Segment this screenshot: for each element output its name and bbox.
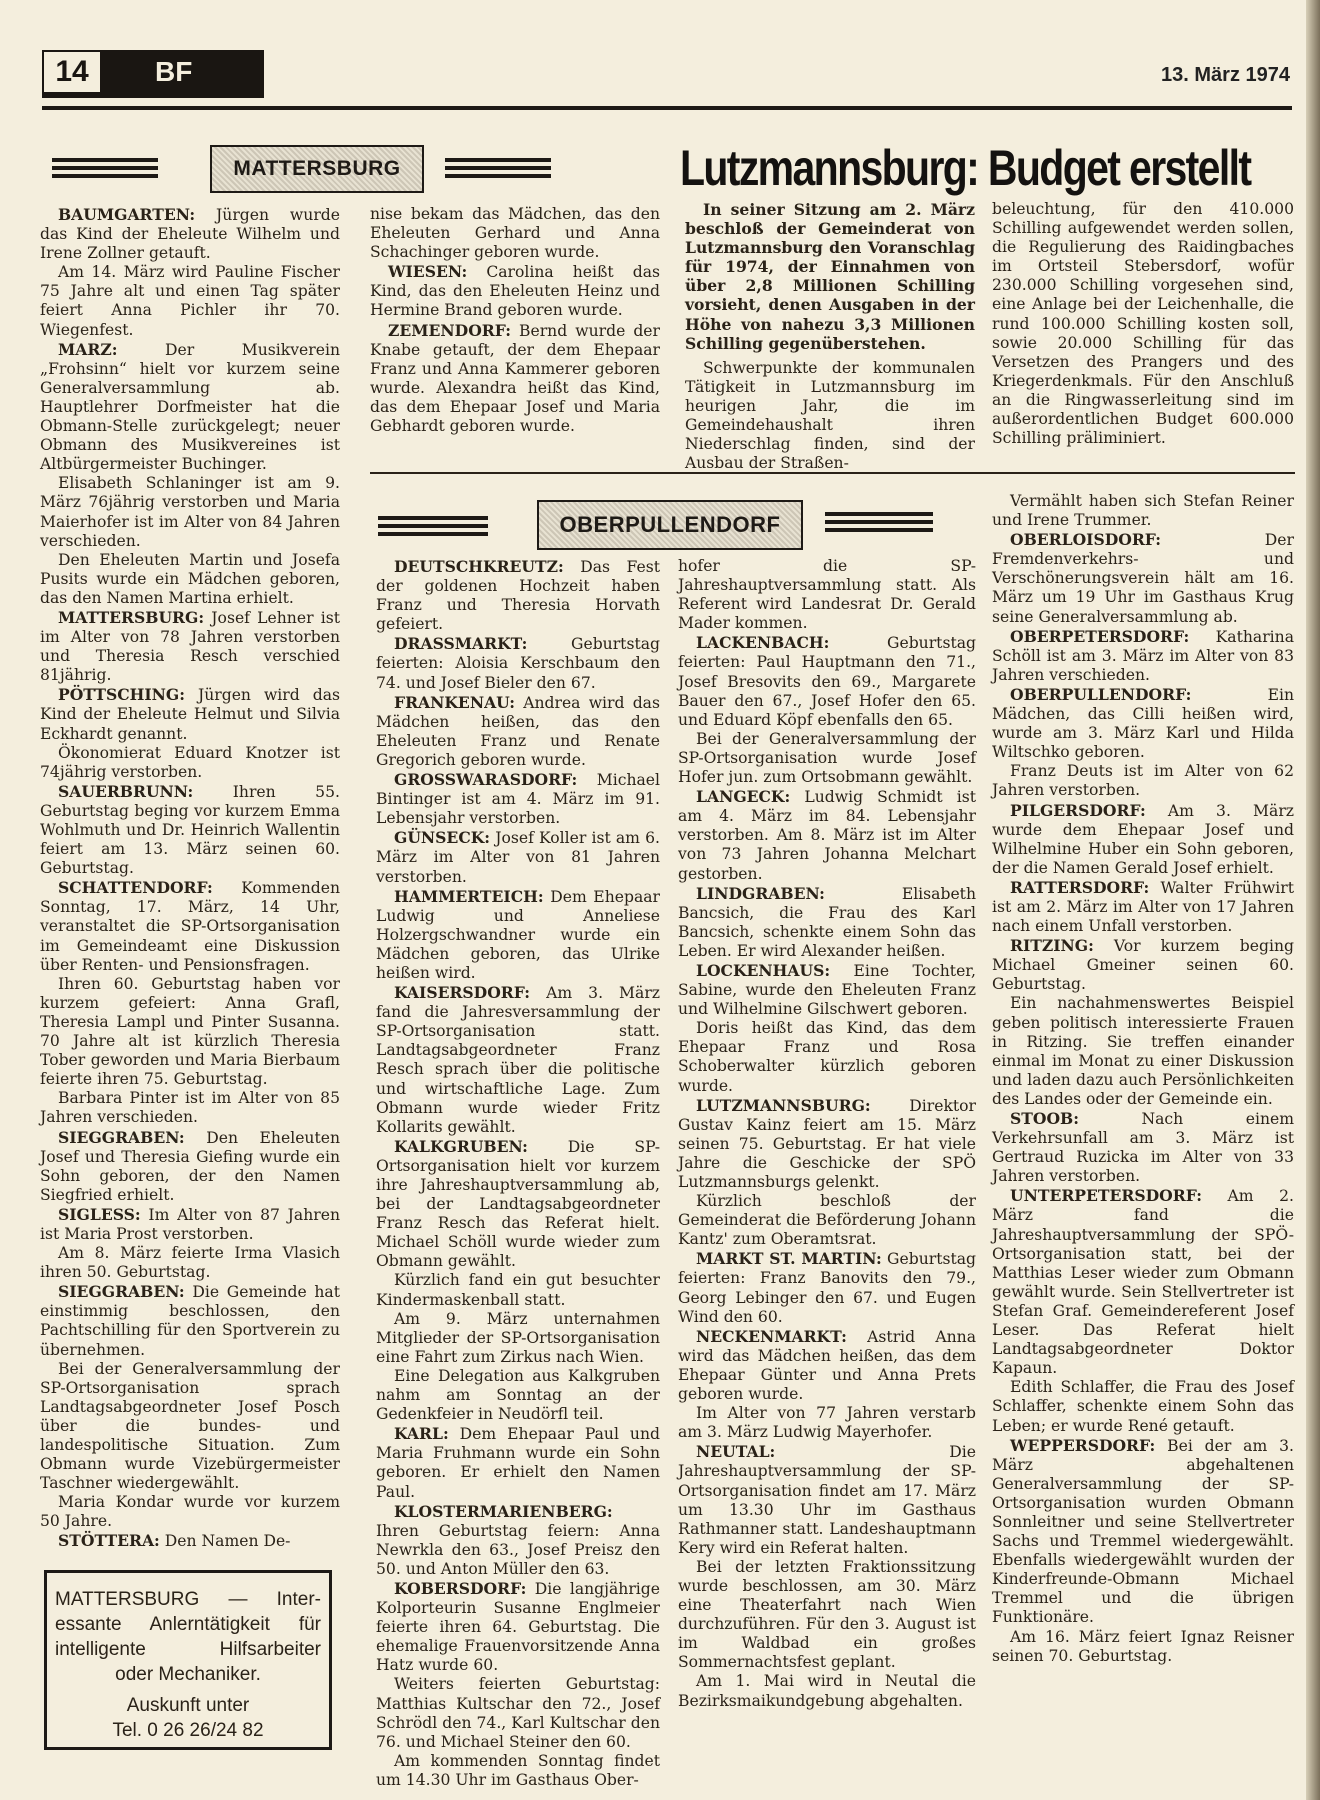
- item-text: Am 1. Mai wird in Neutal die Bezirksmaik…: [678, 1672, 976, 1709]
- article-body: beleuchtung, für den 410.000 Schilling a…: [992, 200, 1294, 448]
- news-item: LACKENBACH: Geburtstag feierten: Paul Ha…: [678, 633, 976, 729]
- news-item: OBERLOISDORF: Der Fremdenverkehrs- und V…: [992, 530, 1294, 626]
- ad-phone: Tel. 0 26 26/24 82: [55, 1718, 321, 1743]
- place-name: LANGECK:: [696, 787, 790, 806]
- news-item: Vermählt haben sich Stefan Reiner und Ir…: [992, 492, 1294, 530]
- page-edge: [1306, 0, 1320, 1800]
- news-item: Am 9. März unternahmen Mitglieder der SP…: [376, 1310, 660, 1367]
- item-text: Die SP-Ortsorganisation hielt vor kurzem…: [376, 1138, 660, 1271]
- place-name: DRASSMARKT:: [394, 634, 527, 653]
- news-item: LANGECK: Ludwig Schmidt ist am 4. März i…: [678, 787, 976, 883]
- place-name: SIEGGRABEN:: [58, 1282, 185, 1301]
- article-column-2: beleuchtung, für den 410.000 Schilling a…: [992, 200, 1294, 448]
- place-name: SIEGGRABEN:: [58, 1128, 185, 1147]
- item-text: Edith Schlaffer, die Frau des Josef Schl…: [992, 1378, 1294, 1434]
- news-item: RITZING: Vor kurzem beging Michael Gmein…: [992, 936, 1294, 994]
- place-name: KALKGRUBEN:: [394, 1137, 528, 1156]
- decorative-rules-left: [378, 516, 488, 536]
- news-item: FRANKENAU: Andrea wird das Mädchen heiße…: [376, 693, 660, 770]
- news-item: Doris heißt das Kind, das dem Ehepaar Fr…: [678, 1019, 976, 1095]
- news-item: SAUERBRUNN: Ihren 55. Geburtstag beging …: [40, 782, 340, 878]
- mattersburg-column-1: BAUMGARTEN: Jürgen wurde das Kind der Eh…: [40, 205, 340, 1552]
- news-item: OBERPETERSDORF: Katharina Schöll ist am …: [992, 627, 1294, 685]
- place-name: NEUTAL:: [696, 1442, 775, 1461]
- news-item: LOCKENHAUS: Eine Tochter, Sabine, wurde …: [678, 961, 976, 1019]
- news-item: PÖTTSCHING: Jürgen wird das Kind der Ehe…: [40, 685, 340, 743]
- item-text: Kürzlich fand ein gut besuchter Kinderma…: [376, 1271, 660, 1308]
- news-item: MATTERSBURG: Josef Lehner ist im Alter v…: [40, 608, 340, 685]
- news-item: Franz Deuts ist im Alter von 62 Jahren v…: [992, 762, 1294, 800]
- article-headline: Lutzmannsburg: Budget erstellt: [680, 140, 1184, 196]
- news-item: Barbara Pinter ist im Alter von 85 Jahre…: [40, 1089, 340, 1127]
- item-text: Bei der Generalversammlung der SP-Ortsor…: [678, 730, 976, 786]
- item-text: nise bekam das Mädchen, das den Eheleute…: [370, 205, 660, 261]
- place-name: LINDGRABEN:: [696, 884, 825, 903]
- news-item: KALKGRUBEN: Die SP-Ortsorganisation hiel…: [376, 1137, 660, 1272]
- place-name: PILGERSDORF:: [1010, 801, 1146, 820]
- issue-date: 13. März 1974: [1161, 64, 1290, 87]
- news-item: STÖTTERA: Den Namen De-: [40, 1531, 340, 1551]
- place-name: OBERPULLENDORF:: [1010, 685, 1191, 704]
- news-item: Den Eheleuten Martin und Josefa Pusits w…: [40, 551, 340, 608]
- news-item: HAMMERTEICH: Dem Ehepaar Ludwig und Anne…: [376, 887, 660, 983]
- section-label: BF: [155, 52, 265, 92]
- item-text: Am 14. März wird Pauline Fischer 75 Jahr…: [40, 263, 340, 338]
- item-text: Barbara Pinter ist im Alter von 85 Jahre…: [40, 1089, 340, 1126]
- item-text: Am 9. März unternahmen Mitglieder der SP…: [376, 1310, 660, 1366]
- place-name: RATTERSDORF:: [1010, 878, 1149, 897]
- place-name: WIESEN:: [388, 262, 467, 281]
- place-name: KARL:: [394, 1424, 449, 1443]
- news-item: DRASSMARKT: Geburtstag feierten: Aloisia…: [376, 634, 660, 692]
- news-item: KLOSTERMARIENBERG: Ihren Geburtstag feie…: [376, 1502, 660, 1579]
- place-name: MATTERSBURG:: [58, 608, 204, 627]
- ad-line: Auskunft unter: [55, 1693, 321, 1718]
- news-item: Am 16. März feiert Ignaz Reisner seinen …: [992, 1628, 1294, 1666]
- article-body: Schwerpunkte der kommunalen Tätigkeit in…: [685, 359, 975, 474]
- place-name: KAISERSDORF:: [394, 983, 530, 1002]
- place-name: OBERPETERSDORF:: [1010, 627, 1189, 646]
- decorative-rules-right: [825, 512, 933, 532]
- news-item: Bei der Generalversammlung der SP-Ortsor…: [678, 730, 976, 787]
- news-item: GÜNSECK: Josef Koller ist am 6. März im …: [376, 828, 660, 886]
- section-badge-oberpullendorf: OBERPULLENDORF: [537, 500, 803, 550]
- section-badge-mattersburg: MATTERSBURG: [210, 145, 424, 193]
- news-item: WIESEN: Carolina heißt das Kind, das den…: [370, 262, 660, 320]
- oberpullendorf-column-3: Vermählt haben sich Stefan Reiner und Ir…: [992, 492, 1294, 1666]
- news-item: ZEMENDORF: Bernd wurde der Knabe getauft…: [370, 321, 660, 437]
- place-name: HAMMERTEICH:: [394, 887, 544, 906]
- news-item: Bei der Generalversammlung der SP-Ortsor…: [40, 1360, 340, 1494]
- item-text: Den Eheleuten Martin und Josefa Pusits w…: [40, 551, 340, 607]
- place-name: DEUTSCHKREUTZ:: [394, 557, 564, 576]
- news-item: WEPPERSDORF: Bei der am 3. März abgehalt…: [992, 1436, 1294, 1628]
- place-name: GROSSWARASDORF:: [394, 770, 577, 789]
- item-text: Am kommenden Sonntag findet um 14.30 Uhr…: [376, 1752, 660, 1789]
- decorative-rules-left: [52, 158, 158, 178]
- page-number: 14: [44, 52, 102, 92]
- item-text: Der Musikverein „Frohsinn“ hielt vor kur…: [40, 341, 340, 474]
- place-name: MARKT ST. MARTIN:: [696, 1249, 882, 1268]
- item-text: Ein nachahmenswertes Beispiel geben poli…: [992, 994, 1294, 1107]
- place-name: MARZ:: [58, 340, 117, 359]
- news-item: MARKT ST. MARTIN: Geburtstag feierten: F…: [678, 1249, 976, 1326]
- news-item: KOBERSDORF: Die langjährige Kolporteurin…: [376, 1579, 660, 1675]
- place-name: SAUERBRUNN:: [58, 782, 193, 801]
- news-item: Bei der letzten Fraktionssitzung wurde b…: [678, 1558, 976, 1673]
- news-item: PILGERSDORF: Am 3. März wurde dem Ehepaa…: [992, 801, 1294, 878]
- article-lead: In seiner Sitzung am 2. März beschloß de…: [685, 200, 975, 353]
- place-name: RITZING:: [1010, 936, 1094, 955]
- news-item: Ökonomierat Eduard Knotzer ist 74jährig …: [40, 744, 340, 782]
- place-name: STÖTTERA:: [58, 1531, 160, 1550]
- item-text: Bei der am 3. März abgehaltenen Generalv…: [992, 1437, 1294, 1627]
- news-item: SIGLESS: Im Alter von 87 Jahren ist Mari…: [40, 1205, 340, 1244]
- place-name: SCHATTENDORF:: [58, 878, 213, 897]
- news-item: MARZ: Der Musikverein „Frohsinn“ hielt v…: [40, 340, 340, 475]
- news-item: KAISERSDORF: Am 3. März fand die Jahresv…: [376, 983, 660, 1137]
- news-item: DEUTSCHKREUTZ: Das Fest der goldenen Hoc…: [376, 557, 660, 634]
- place-name: NECKENMARKT:: [696, 1327, 847, 1346]
- item-text: Elisabeth Schlaninger ist am 9. März 76j…: [40, 474, 340, 549]
- news-item: SIEGGRABEN: Den Eheleuten Josef und Ther…: [40, 1128, 340, 1205]
- item-text: Ihren 60. Geburtstag haben vor kurzem ge…: [40, 975, 340, 1088]
- item-text: Ihren Geburtstag feiern: Anna Newrkla de…: [376, 1522, 660, 1578]
- news-item: Am 14. März wird Pauline Fischer 75 Jahr…: [40, 263, 340, 339]
- item-text: Den Namen De-: [160, 1532, 291, 1550]
- item-text: Doris heißt das Kind, das dem Ehepaar Fr…: [678, 1019, 976, 1094]
- place-name: LUTZMANNSBURG:: [696, 1096, 871, 1115]
- news-item: Im Alter von 77 Jahren verstarb am 3. Mä…: [678, 1404, 976, 1442]
- news-item: Am 8. März feierte Irma Vlasich ihren 50…: [40, 1244, 340, 1282]
- place-name: KOBERSDORF:: [394, 1579, 526, 1598]
- item-text: hofer die SP-Jahreshauptversammlung stat…: [678, 557, 976, 632]
- news-item: Am kommenden Sonntag findet um 14.30 Uhr…: [376, 1752, 660, 1790]
- news-item: RATTERSDORF: Walter Frühwirt ist am 2. M…: [992, 878, 1294, 936]
- place-name: WEPPERSDORF:: [1010, 1436, 1155, 1455]
- news-item: Ein nachahmenswertes Beispiel geben poli…: [992, 994, 1294, 1109]
- item-text: Maria Kondar wurde vor kurzem 50 Jahre.: [40, 1493, 340, 1530]
- item-text: Franz Deuts ist im Alter von 62 Jahren v…: [992, 762, 1294, 799]
- news-item: NECKENMARKT: Astrid Anna wird das Mädche…: [678, 1327, 976, 1404]
- place-name: ZEMENDORF:: [388, 321, 511, 340]
- place-name: OBERLOISDORF:: [1010, 530, 1161, 549]
- article-column-1: In seiner Sitzung am 2. März beschloß de…: [685, 200, 975, 473]
- news-item: KARL: Dem Ehepaar Paul und Maria Fruhman…: [376, 1424, 660, 1501]
- news-item: LINDGRABEN: Elisabeth Bancsich, die Frau…: [678, 884, 976, 961]
- news-item: UNTERPETERSDORF: Am 2. März fand die Jah…: [992, 1186, 1294, 1378]
- news-item: GROSSWARASDORF: Michael Bintinger ist am…: [376, 770, 660, 828]
- news-item: OBERPULLENDORF: Ein Mädchen, das Cilli h…: [992, 685, 1294, 762]
- place-name: STOOB:: [1010, 1109, 1079, 1128]
- news-item: SCHATTENDORF: Kommenden Sonntag, 17. Mär…: [40, 878, 340, 974]
- news-item: STOOB: Nach einem Verkehrsunfall am 3. M…: [992, 1109, 1294, 1186]
- item-text: Am 3. März fand die Jahresversammlung de…: [376, 984, 660, 1136]
- place-name: FRANKENAU:: [394, 693, 515, 712]
- news-item: BAUMGARTEN: Jürgen wurde das Kind der Eh…: [40, 205, 340, 263]
- news-item: SIEGGRABEN: Die Gemeinde hat einstimmig …: [40, 1282, 340, 1359]
- item-text: Bei der letzten Fraktionssitzung wurde b…: [678, 1558, 976, 1671]
- header-rule: [42, 106, 1292, 110]
- news-item: Kürzlich fand ein gut besuchter Kinderma…: [376, 1271, 660, 1309]
- place-name: KLOSTERMARIENBERG:: [394, 1502, 613, 1521]
- mattersburg-column-2: nise bekam das Mädchen, das den Eheleute…: [370, 205, 660, 436]
- news-item: hofer die SP-Jahreshauptversammlung stat…: [678, 557, 976, 633]
- ad-line: essante Anlerntätigkeit für: [55, 1612, 321, 1637]
- item-text: Vermählt haben sich Stefan Reiner und Ir…: [992, 492, 1294, 529]
- oberpullendorf-column-2: hofer die SP-Jahreshauptversammlung stat…: [678, 557, 976, 1711]
- news-item: Maria Kondar wurde vor kurzem 50 Jahre.: [40, 1493, 340, 1531]
- item-text: Am 8. März feierte Irma Vlasich ihren 50…: [40, 1244, 340, 1281]
- news-item: nise bekam das Mädchen, das den Eheleute…: [370, 205, 660, 262]
- item-text: Ökonomierat Eduard Knotzer ist 74jährig …: [40, 744, 340, 781]
- oberpullendorf-column-1: DEUTSCHKREUTZ: Das Fest der goldenen Hoc…: [376, 557, 660, 1790]
- place-name: PÖTTSCHING:: [58, 685, 185, 704]
- place-name: GÜNSECK:: [394, 828, 490, 847]
- place-name: SIGLESS:: [58, 1205, 141, 1224]
- place-name: LOCKENHAUS:: [696, 961, 830, 980]
- ad-line: intelligente Hilfsarbeiter: [55, 1637, 321, 1662]
- item-text: Im Alter von 77 Jahren verstarb am 3. Mä…: [678, 1404, 976, 1441]
- item-text: Weiters feierten Geburtstag: Matthias Ku…: [376, 1675, 660, 1750]
- news-item: Kürzlich beschloß der Gemeinderat die Be…: [678, 1192, 976, 1249]
- item-text: Am 2. März fand die Jahreshauptversammlu…: [992, 1187, 1294, 1377]
- item-text: Kürzlich beschloß der Gemeinderat die Be…: [678, 1192, 976, 1248]
- item-text: Bei der Generalversammlung der SP-Ortsor…: [40, 1360, 340, 1493]
- job-advertisement: MATTERSBURG — Inter- essante Anlerntätig…: [44, 1570, 332, 1750]
- news-item: Elisabeth Schlaninger ist am 9. März 76j…: [40, 474, 340, 550]
- news-item: Am 1. Mai wird in Neutal die Bezirksmaik…: [678, 1672, 976, 1710]
- news-item: LUTZMANNSBURG: Direktor Gustav Kainz fei…: [678, 1096, 976, 1192]
- news-item: Weiters feierten Geburtstag: Matthias Ku…: [376, 1675, 660, 1751]
- item-text: Eine Delegation aus Kalkgruben nahm am S…: [376, 1367, 660, 1423]
- news-item: Eine Delegation aus Kalkgruben nahm am S…: [376, 1367, 660, 1424]
- news-item: Ihren 60. Geburtstag haben vor kurzem ge…: [40, 975, 340, 1090]
- ad-line: oder Mechaniker.: [55, 1662, 321, 1687]
- news-item: NEUTAL: Die Jahreshauptversammlung der S…: [678, 1442, 976, 1558]
- ad-line: MATTERSBURG — Inter-: [55, 1587, 321, 1612]
- decorative-rules-right: [445, 158, 551, 178]
- item-text: Am 16. März feiert Ignaz Reisner seinen …: [992, 1628, 1294, 1665]
- place-name: UNTERPETERSDORF:: [1010, 1186, 1202, 1205]
- place-name: LACKENBACH:: [696, 633, 829, 652]
- place-name: BAUMGARTEN:: [58, 205, 195, 224]
- news-item: Edith Schlaffer, die Frau des Josef Schl…: [992, 1378, 1294, 1435]
